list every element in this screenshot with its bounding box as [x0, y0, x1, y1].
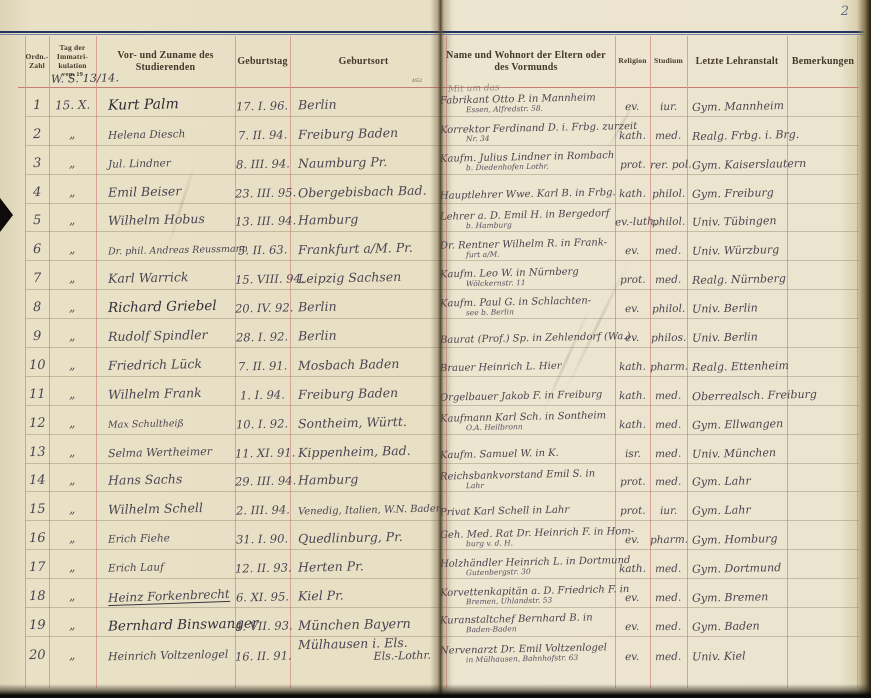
studium-value: philos. — [651, 332, 686, 345]
header-studium: Studium — [650, 36, 687, 87]
studium-value: med. — [655, 130, 681, 143]
birth-place: Berlin — [298, 328, 337, 344]
header-ordn-zahl: Ordn.- Zahl — [25, 36, 49, 87]
parent-address-line2: O.A. Heilbronn — [440, 421, 615, 432]
immatriculation-date: „ — [69, 329, 76, 343]
student-name: Friedrich Lück — [108, 356, 202, 373]
student-name: Wilhelm Frank — [108, 385, 202, 402]
parent-name-address: Hauptlehrer Wwe. Karl B. in Frbg. — [440, 188, 616, 202]
birth-date: 15. VIII. 94. — [235, 272, 305, 287]
religion-value: prot. — [620, 158, 646, 171]
birth-place: Mosbach Baden — [298, 356, 400, 373]
header-name: Vor- und Zuname des Studierenden — [96, 36, 235, 87]
student-name: Hans Sachs — [108, 472, 183, 489]
row-number: 5 — [33, 213, 42, 228]
birth-date: 16. II. 91. — [235, 648, 292, 663]
immatriculation-date: „ — [69, 445, 76, 459]
last-school: Realg. Nürnberg — [692, 272, 786, 287]
row-number: 13 — [29, 444, 46, 459]
last-school: Gym. Mannheim — [692, 99, 784, 114]
studium-value: med. — [655, 447, 681, 460]
religion-value: kath. — [619, 130, 646, 143]
row-number: 14 — [29, 473, 46, 488]
immatriculation-date: „ — [69, 213, 76, 227]
student-name: Erich Lauf — [108, 562, 164, 575]
row-number: 7 — [33, 271, 42, 286]
studium-value: philol. — [652, 303, 685, 316]
parent-address-line2: Bremen, Uhlandstr. 53 — [440, 595, 615, 606]
birth-place: Quedlinburg, Pr. — [298, 529, 403, 546]
student-name: Dr. phil. Andreas Reussmann — [108, 244, 248, 258]
birth-date: 7. II. 91. — [238, 358, 288, 373]
last-school: Univ. Tübingen — [692, 215, 777, 230]
row-number: 9 — [33, 329, 42, 344]
row-number: 3 — [33, 156, 42, 171]
studium-value: pharm. — [650, 534, 688, 547]
studium-value: med. — [655, 418, 681, 431]
last-school: Gym. Ellwangen — [692, 417, 783, 432]
birth-date: 13. III. 94. — [235, 214, 296, 229]
immatriculation-date: „ — [69, 156, 76, 170]
last-school: Gym. Dortmund — [692, 561, 781, 576]
parent-name-address: Baurat (Prof.) Sp. in Zehlendorf (Wa.) — [440, 332, 631, 346]
last-school: Univ. Berlin — [692, 330, 758, 344]
birth-date: 10. I. 92. — [236, 416, 288, 431]
studium-value: med. — [655, 274, 681, 287]
birth-place: Berlin — [298, 299, 337, 315]
immatriculation-date: „ — [69, 242, 76, 256]
immatriculation-date: „ — [69, 589, 76, 603]
last-school: Realg. Frbg. i. Brg. — [692, 128, 800, 143]
header-religion: Religion — [615, 36, 650, 87]
birth-place: Sontheim, Württ. — [298, 414, 407, 431]
birth-date: 31. I. 90. — [236, 532, 288, 547]
student-name: Heinz Forkenbrecht — [108, 587, 230, 606]
page-gutter — [430, 0, 452, 698]
studium-value: med. — [655, 476, 681, 489]
parent-address-line2: Baden-Baden — [440, 624, 615, 635]
row-number: 15 — [29, 502, 46, 517]
birth-date: 20. IV. 92. — [235, 301, 294, 316]
religion-value: kath. — [619, 361, 646, 374]
student-name: Helena Diesch — [108, 128, 186, 142]
immatriculation-date: „ — [69, 184, 76, 198]
immatriculation-date: 15. X. — [55, 98, 91, 113]
birth-place: Freiburg Baden — [298, 385, 398, 402]
religion-value: ev. — [625, 303, 639, 315]
religion-value: kath. — [619, 563, 646, 576]
last-school: Gym. Lahr — [692, 504, 751, 518]
birth-place: Kiel Pr. — [298, 588, 344, 604]
row-number: 18 — [29, 589, 46, 604]
birth-place: Hamburg — [298, 472, 359, 488]
religion-value: ev. — [625, 651, 639, 663]
birth-place: München Bayern — [298, 617, 411, 634]
parent-address-line2: Lahr — [440, 479, 615, 490]
parent-address-line2: in Mülhausen, Bahnhofstr. 63 — [440, 653, 615, 664]
page-number: 2 — [841, 4, 849, 19]
immatriculation-date: „ — [69, 502, 76, 516]
religion-value: prot. — [620, 505, 646, 518]
header-bemerkungen: Bemerkungen — [787, 36, 859, 87]
parent-address-line2: Nr. 34 — [440, 132, 615, 143]
register-scan: 2 4652 Mit um das Ordn.- Zahl Tag der Im… — [0, 0, 871, 698]
studium-value: med. — [655, 651, 681, 664]
row-number: 12 — [29, 416, 46, 431]
birth-place: Obergebisbach Bad. — [298, 182, 427, 200]
immatriculation-date: „ — [69, 648, 76, 662]
row-number: 10 — [29, 358, 46, 373]
page-right-edge — [857, 0, 871, 698]
last-school: Oberrealsch. Freiburg — [692, 387, 817, 403]
studium-value: med. — [655, 621, 681, 634]
parent-address-line2: b. Hamburg — [440, 219, 615, 230]
religion-value: kath. — [619, 418, 646, 431]
religion-value: ev. — [625, 332, 639, 344]
last-school: Gym. Lahr — [692, 475, 751, 489]
birth-date: 1. I. 94. — [240, 387, 285, 402]
immatriculation-date: „ — [69, 387, 76, 401]
parent-address-line2: furt a/M. — [440, 248, 615, 259]
last-school: Realg. Ettenheim — [692, 359, 789, 374]
last-school: Univ. Würzburg — [692, 243, 779, 258]
birth-date: 29. III. 94. — [235, 474, 296, 489]
immatriculation-date: „ — [69, 271, 76, 285]
studium-value: med. — [655, 563, 681, 576]
birth-date: 5. II. 63. — [238, 243, 288, 258]
immatriculation-date: „ — [69, 416, 76, 430]
birth-place: Freiburg Baden — [298, 125, 398, 142]
birth-date: 23. III. 95. — [235, 185, 296, 200]
row-number: 20 — [29, 648, 46, 663]
parent-address-line2: Gutenbergstr. 30 — [440, 566, 615, 577]
birth-date: 12. II. 93. — [235, 561, 292, 576]
birth-date: 2. III. 94. — [235, 503, 289, 518]
parent-name-address: Brauer Heinrich L. Hier — [440, 362, 562, 375]
religion-value: ev. — [625, 534, 639, 546]
studium-value: rer. pol. — [650, 158, 692, 171]
religion-value: kath. — [619, 390, 646, 403]
last-school: Gym. Freiburg — [692, 186, 774, 201]
last-school: Univ. Berlin — [692, 301, 758, 315]
immatriculation-date: „ — [69, 358, 76, 372]
page-corner-clip — [0, 198, 13, 232]
studium-value: med. — [655, 592, 681, 605]
religion-value: prot. — [620, 274, 646, 287]
birth-place: Venedig, Italien, W.N. Baden — [298, 504, 442, 518]
birth-place: Frankfurt a/M. Pr. — [298, 240, 413, 257]
student-name: Max Schultheiß — [108, 418, 184, 431]
parent-name-address: Privat Karl Schell in Lahr — [440, 506, 569, 519]
row-number: 6 — [33, 242, 42, 257]
header-eltern: Name und Wohnort der Eltern oder des Vor… — [437, 36, 615, 87]
studium-value: philol. — [652, 216, 685, 229]
row-number: 8 — [33, 300, 42, 315]
birth-date: 17. I. 96. — [236, 98, 288, 113]
studium-value: pharm. — [650, 361, 688, 374]
religion-value: prot. — [620, 476, 646, 489]
birth-date: 4. VII. 93. — [235, 618, 293, 633]
birth-place: Leipzig Sachsen — [298, 269, 401, 286]
header-geburtsort: Geburtsort — [290, 36, 437, 87]
row-number: 4 — [33, 184, 42, 199]
header-geburtstag: Geburtstag — [235, 36, 290, 87]
student-name: Richard Griebel — [108, 298, 217, 316]
studium-value: philol. — [652, 187, 685, 200]
header-lehranstalt: Letzte Lehranstalt — [687, 36, 787, 87]
last-school: Gym. Bremen — [692, 590, 769, 605]
religion-value: ev. — [625, 592, 639, 604]
religion-value: kath. — [619, 187, 646, 200]
religion-value: isr. — [624, 447, 640, 459]
student-name: Jul. Lindner — [108, 157, 171, 170]
page-bottom-edge — [0, 684, 871, 698]
birth-date: 6. XI. 95. — [236, 589, 289, 604]
student-name: Erich Fiehe — [108, 533, 170, 546]
studium-value: med. — [655, 245, 681, 258]
studium-value: iur. — [660, 505, 678, 517]
immatriculation-date: „ — [69, 560, 76, 574]
studium-value: iur. — [660, 101, 678, 113]
immatriculation-date: „ — [69, 473, 76, 487]
row-number: 11 — [29, 387, 46, 402]
student-name: Rudolf Spindler — [108, 327, 208, 344]
parent-name-address: Orgelbauer Jakob F. in Freiburg — [440, 390, 602, 403]
birth-place: Berlin — [298, 96, 337, 112]
birth-place: Herten Pr. — [298, 558, 364, 574]
student-name: Selma Wertheimer — [108, 444, 212, 459]
immatriculation-date: „ — [69, 300, 76, 314]
birth-date: 8. III. 94. — [235, 156, 289, 171]
parent-address-line2: burg v. d. H. — [440, 537, 615, 548]
last-school: Gym. Kaiserslautern — [692, 156, 806, 171]
last-school: Gym. Homburg — [692, 532, 778, 547]
row-number: 2 — [33, 127, 42, 142]
parent-address-line2: Essen, Alfredstr. 58. — [440, 104, 615, 115]
student-name: Emil Beiser — [108, 183, 182, 200]
student-name: Kurt Palm — [108, 96, 179, 113]
last-school: Univ. München — [692, 446, 776, 461]
birth-place-line2: Els.-Lothr. — [298, 649, 437, 664]
birth-date: 28. I. 92. — [236, 329, 288, 344]
last-school: Gym. Baden — [692, 619, 760, 633]
row-number: 19 — [29, 618, 46, 633]
parent-address-line2: Wölckernstr. 11 — [440, 277, 615, 288]
student-name: Heinrich Voltzenlogel — [108, 648, 229, 664]
birth-place: Hamburg — [298, 212, 359, 228]
row-number: 1 — [33, 98, 42, 113]
studium-value: med. — [655, 390, 681, 403]
immatriculation-date: „ — [69, 618, 76, 632]
parent-name-address: Kaufm. Samuel W. in K. — [440, 448, 559, 460]
immatriculation-date: „ — [69, 127, 76, 141]
birth-date: 11. XI. 91. — [235, 445, 296, 460]
birth-date: 7. II. 94. — [238, 127, 288, 142]
row-number: 17 — [29, 560, 46, 575]
religion-value: ev. — [625, 245, 639, 257]
parent-address-line2: b. Diedenhofen Lothr. — [440, 161, 615, 172]
student-name: Karl Warrick — [108, 269, 189, 286]
row-number: 16 — [29, 531, 46, 546]
header-immatrikulation: Tag der Immatri- kulation vom 19 W. S. 1… — [49, 36, 96, 87]
immatriculation-date: „ — [69, 531, 76, 545]
birth-place: Naumburg Pr. — [298, 154, 388, 171]
religion-value: ev. — [625, 621, 639, 633]
student-name: Wilhelm Schell — [108, 500, 203, 517]
last-school: Univ. Kiel — [692, 649, 746, 663]
student-name: Wilhelm Hobus — [108, 211, 205, 228]
birth-place: Kippenheim, Bad. — [298, 442, 411, 459]
